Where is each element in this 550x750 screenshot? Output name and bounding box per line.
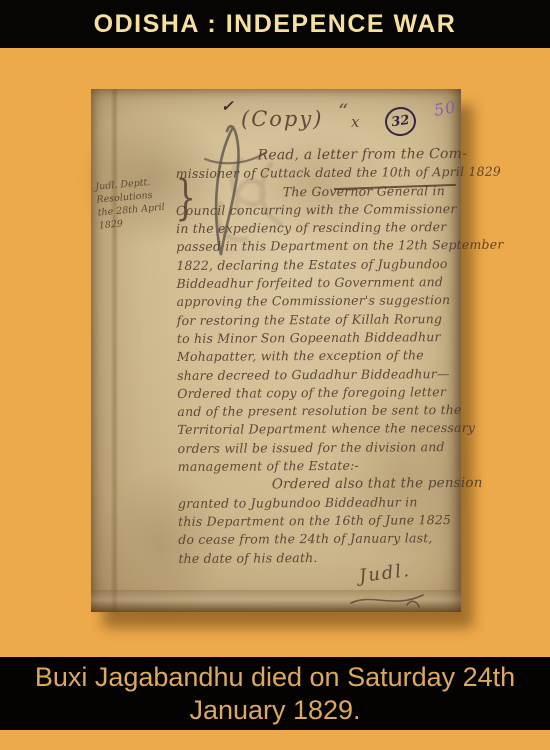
corner-page-number: 50 [433,97,458,120]
handwritten-body: Read, a letter from the Com- missioner o… [176,145,461,568]
paper-fold-line [111,89,118,612]
handwritten-line: orders will be issued for the division a… [178,438,460,458]
handwritten-line: Territorial Department whence the necess… [177,419,459,439]
handwritten-line: the date of his death. [178,548,460,568]
page-title: ODISHA : INDEPENCE WAR [94,10,457,39]
caption-line-1: Buxi Jagabandhu died on Saturday 24th [35,661,515,694]
x-mark: x [351,113,359,131]
handwritten-line: this Department on the 16th of June 1825 [178,511,460,531]
handwritten-line: Ordered also that the pension [178,474,460,494]
handwritten-line: share decreed to Gudadhur Biddeadhur— [177,365,459,385]
header-bar: ODISHA : INDEPENCE WAR [0,0,550,48]
handwritten-line: approving the Commissioner's suggestion [177,291,459,311]
caption-line-2: January 1829. [189,694,360,727]
circled-page-number: 32 [383,105,418,138]
handwritten-line: in the expediency of rescinding the orde… [176,218,458,238]
handwritten-line: management of the Estate:- [178,456,460,476]
poster-canvas: ODISHA : INDEPENCE WAR ✓ (Copy) “ x 32 5… [0,0,550,750]
handwritten-line: do cease from the 24th of January last, [178,529,460,549]
handwritten-line: Biddeadhur forfeited to Government and [176,273,458,293]
handwritten-line: missioner of Cuttack dated the 10th of A… [176,163,458,183]
handwritten-line: Mohapatter, with the exception of the [177,346,459,366]
signature-flourish [347,585,427,611]
handwritten-line: passed in this Department on the 12th Se… [176,237,458,257]
handwritten-line: and of the present resolution be sent to… [177,401,459,421]
handwritten-line: granted to Jugbundoo Biddeadhur in [178,493,460,513]
handwritten-line: Read, a letter from the Com- [176,145,458,165]
checkmark-icon: ✓ [221,97,234,115]
margin-note: Judl. Deptt. Resolutions the 28th April … [95,173,183,232]
quote-mark: “ [338,99,348,123]
handwritten-line: Council concurring with the Commissioner [176,200,458,220]
handwritten-line: Ordered that copy of the foregoing lette… [177,383,459,403]
handwritten-line: 1822, declaring the Estates of Jugbundoo [176,255,458,275]
handwritten-line: to his Minor Son Gopeenath Biddeadhur [177,328,459,348]
document-photo: ✓ (Copy) “ x 32 50 Judl. Deptt. Resoluti… [91,89,461,612]
handwritten-line: for restoring the Estate of Killah Rorun… [177,310,459,330]
copy-annotation: (Copy) [241,107,323,131]
footer-caption-bar: Buxi Jagabandhu died on Saturday 24th Ja… [0,657,550,730]
